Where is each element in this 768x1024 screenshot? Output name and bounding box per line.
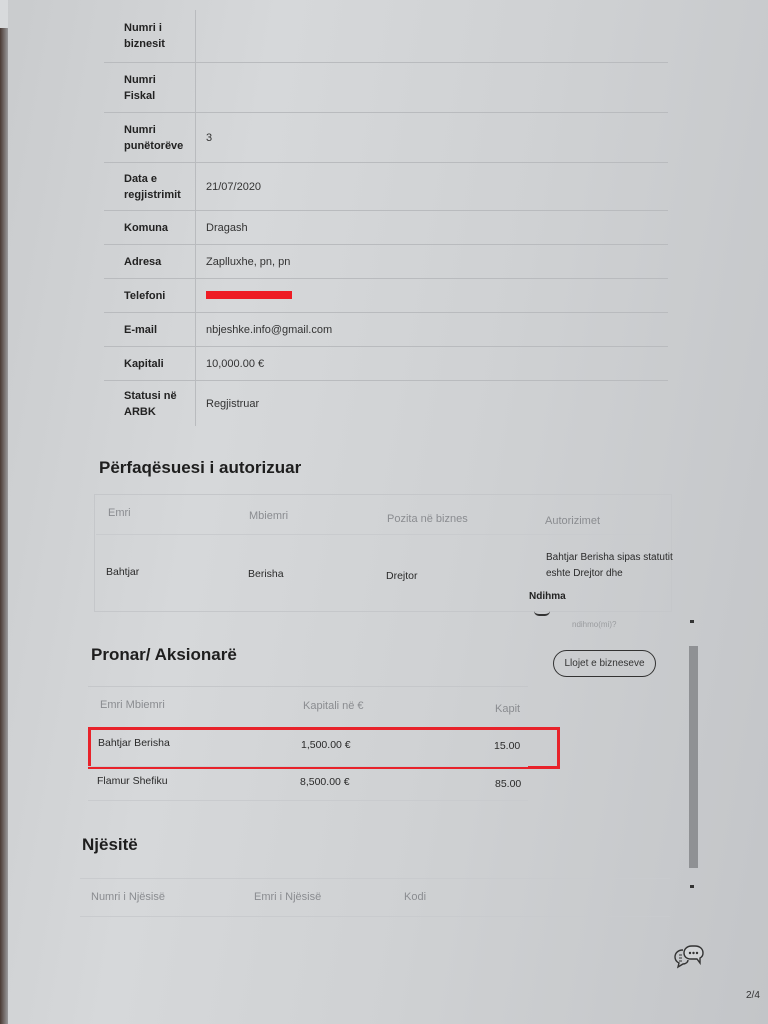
divider: [88, 800, 528, 801]
col-header-unit-name: Emri i Njësisë: [254, 891, 321, 903]
info-value: Zaplluxhe, pn, pn: [196, 250, 300, 274]
info-value: 3: [196, 126, 222, 150]
info-row-business-number: Numri i biznesit: [104, 10, 668, 62]
owner-capital: 8,500.00 €: [300, 776, 350, 788]
info-label: Data e regjistrimit: [104, 163, 196, 210]
col-header-position: Pozita në biznes: [387, 513, 468, 525]
info-label: E-mail: [104, 313, 196, 346]
info-value: [196, 30, 216, 42]
help-widget-subtext: ndihmo(mi)?: [572, 620, 616, 629]
help-widget-label[interactable]: Ndihma: [529, 591, 566, 602]
info-row-registration-date: Data e regjistrimit 21/07/2020: [104, 162, 668, 210]
scroll-up-arrow-icon[interactable]: [690, 620, 694, 623]
col-header-first-name: Emri: [108, 507, 131, 519]
info-value: 21/07/2020: [196, 175, 271, 199]
page-indicator: 2/4: [746, 990, 760, 1001]
chat-bubbles-icon[interactable]: [673, 944, 705, 970]
photo-background: [0, 0, 8, 30]
rep-first-name: Bahtjar: [106, 566, 139, 578]
rep-authorizations: Bahtjar Berisha sipas statutit eshte Dre…: [546, 550, 676, 582]
col-header-percent: Kapit: [495, 703, 520, 715]
scrollbar-thumb[interactable]: [689, 646, 698, 868]
divider: [88, 686, 528, 687]
info-label: Numri punëtorëve: [104, 113, 196, 162]
divider: [88, 766, 528, 767]
redaction-bar: [206, 291, 292, 299]
info-row-phone: Telefoni: [104, 278, 668, 312]
owner-percent: 85.00: [495, 778, 521, 790]
info-row-capital: Kapitali 10,000.00 €: [104, 346, 668, 380]
units-title: Njësitë: [82, 835, 138, 855]
info-label: Telefoni: [104, 279, 196, 312]
info-label: Numri Fiskal: [104, 63, 196, 112]
business-types-button[interactable]: Llojet e bizneseve: [553, 650, 656, 677]
info-value: 10,000.00 €: [196, 352, 274, 376]
divider: [80, 916, 670, 917]
representative-title: Përfaqësuesi i autorizuar: [99, 458, 301, 478]
info-label: Kapitali: [104, 347, 196, 380]
rep-last-name: Berisha: [248, 568, 284, 580]
col-header-name: Emri Mbiemri: [100, 699, 165, 711]
info-value: nbjeshke.info@gmail.com: [196, 318, 342, 342]
info-value: [196, 82, 216, 94]
owners-title: Pronar/ Aksionarë: [91, 645, 237, 665]
info-label: Adresa: [104, 245, 196, 278]
col-header-authorizations: Autorizimet: [545, 515, 600, 527]
business-info-table: Numri i biznesit Numri Fiskal Numri punë…: [104, 10, 668, 426]
highlight-box: [88, 727, 560, 769]
info-value: Dragash: [196, 216, 258, 240]
info-label: Numri i biznesit: [104, 10, 196, 62]
divider: [80, 878, 670, 879]
col-header-last-name: Mbiemri: [249, 510, 288, 522]
divider: [96, 534, 670, 535]
scroll-down-arrow-icon[interactable]: [690, 885, 694, 888]
info-label: Komuna: [104, 211, 196, 244]
rep-position: Drejtor: [386, 570, 418, 582]
info-row-address: Adresa Zaplluxhe, pn, pn: [104, 244, 668, 278]
info-value: Regjistruar: [196, 392, 269, 416]
col-header-capital: Kapitali në €: [303, 700, 364, 712]
info-row-email: E-mail nbjeshke.info@gmail.com: [104, 312, 668, 346]
info-row-municipality: Komuna Dragash: [104, 210, 668, 244]
info-label: Statusi në ARBK: [104, 381, 196, 426]
owner-name: Flamur Shefiku: [97, 775, 168, 787]
help-icon[interactable]: [534, 611, 550, 616]
col-header-code: Kodi: [404, 891, 426, 903]
info-row-fiscal-number: Numri Fiskal: [104, 62, 668, 112]
info-row-employees: Numri punëtorëve 3: [104, 112, 668, 162]
desk-edge: [0, 28, 8, 1024]
info-row-arbk-status: Statusi në ARBK Regjistruar: [104, 380, 668, 426]
col-header-unit-number: Numri i Njësisë: [91, 891, 165, 903]
info-value: [196, 284, 302, 308]
